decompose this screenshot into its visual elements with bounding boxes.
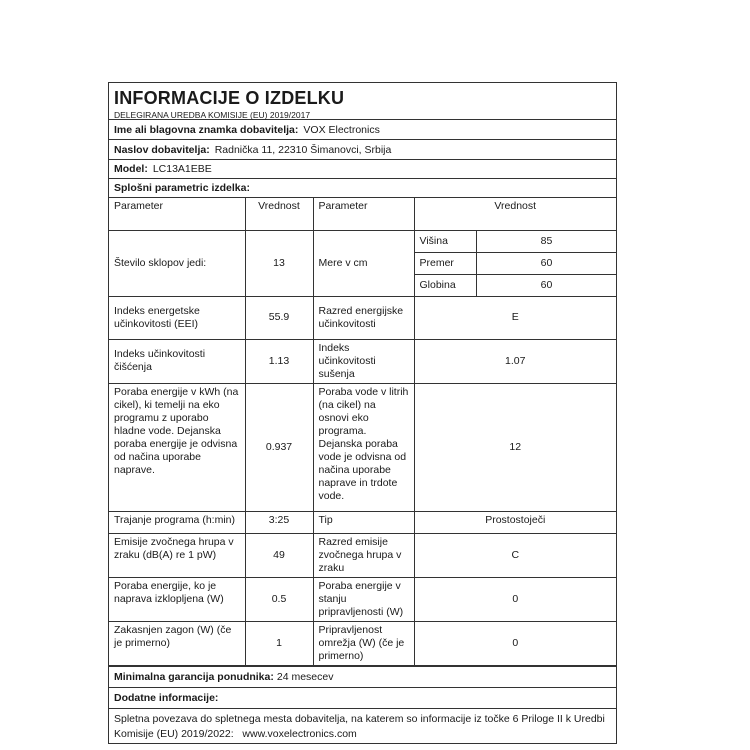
param-off-mode-power: Poraba energije, ko je naprava izkloplje… [109, 577, 245, 621]
table-row: Zakasnjen zagon (W) (če je primerno) 1 P… [109, 621, 616, 665]
product-information-sheet: INFORMACIJE O IZDELKU DELEGIRANA UREDBA … [108, 82, 617, 744]
table-row: Emisije zvočnega hrupa v zraku (dB(A) re… [109, 533, 616, 577]
param-place-settings: Število sklopov jedi: [109, 230, 245, 296]
value-drying-index: 1.07 [414, 339, 616, 383]
value-off-mode-power: 0.5 [245, 577, 313, 621]
value-type: Prostostoječi [414, 511, 616, 533]
header-block: INFORMACIJE O IZDELKU DELEGIRANA UREDBA … [109, 83, 616, 120]
value-noise-emission: 49 [245, 533, 313, 577]
model-value: LC13A1EBE [153, 163, 212, 175]
dimensions-subtable: Višina85 Premer60 Globina60 [415, 231, 617, 296]
value-delay-start: 1 [245, 621, 313, 665]
header-parameter-1: Parameter [109, 198, 245, 230]
param-program-duration: Trajanje programa (h:min) [109, 511, 245, 533]
page-title: INFORMACIJE O IZDELKU [114, 87, 611, 109]
param-network-standby: Pripravljenost omrežja (W) (če je primer… [313, 621, 414, 665]
table-header-row: Parameter Vrednost Parameter Vrednost [109, 198, 616, 230]
dimensions-cell: Višina85 Premer60 Globina60 [414, 230, 616, 296]
params-table: Parameter Vrednost Parameter Vrednost Št… [109, 198, 616, 666]
value-water-consumption: 12 [414, 383, 616, 511]
param-drying-index: Indeks učinkovitosti sušenja [313, 339, 414, 383]
additional-info-row: Dodatne informacije: [109, 688, 616, 709]
param-cleaning-index: Indeks učinkovitosti čišćenja [109, 339, 245, 383]
model-row: Model: LC13A1EBE [109, 160, 616, 179]
params-table-wrap: Parameter Vrednost Parameter Vrednost Št… [109, 198, 616, 667]
param-delay-start: Zakasnjen zagon (W) (če je primerno) [109, 621, 245, 665]
dim-depth-label: Globina [415, 274, 477, 296]
param-eei: Indeks energetske učinkovitosti (EEI) [109, 296, 245, 339]
warranty-value: 24 mesecev [277, 671, 334, 683]
value-eei: 55.9 [245, 296, 313, 339]
dim-width-value: 60 [477, 252, 617, 274]
param-water-consumption: Poraba vode v litrih (na cikel) na osnov… [313, 383, 414, 511]
table-row: Indeks energetske učinkovitosti (EEI) 55… [109, 296, 616, 339]
supplier-link-text: Spletna povezava do spletnega mesta doba… [114, 713, 605, 740]
supplier-address-row: Naslov dobavitelja: Radnička 11, 22310 Š… [109, 140, 616, 160]
table-row: Trajanje programa (h:min) 3:25 Tip Prost… [109, 511, 616, 533]
supplier-address-value: Radnička 11, 22310 Šimanovci, Srbija [215, 144, 392, 156]
param-energy-class: Razred energijske učinkovitosti [313, 296, 414, 339]
param-noise-class: Razred emisije zvočnega hrupa v zraku [313, 533, 414, 577]
value-network-standby: 0 [414, 621, 616, 665]
warranty-row: Minimalna garancija ponudnika: 24 mesece… [109, 667, 616, 688]
value-energy-consumption: 0.937 [245, 383, 313, 511]
additional-info-label: Dodatne informacije: [114, 692, 218, 704]
value-place-settings: 13 [245, 230, 313, 296]
model-label: Model: [114, 163, 148, 175]
header-value-2: Vrednost [414, 198, 616, 230]
general-params-row: Splošni parametric izdelka: [109, 179, 616, 198]
general-params-label: Splošni parametric izdelka: [114, 182, 250, 194]
header-parameter-2: Parameter [313, 198, 414, 230]
supplier-name-label: Ime ali blagovna znamka dobavitelja: [114, 124, 298, 136]
value-standby-power: 0 [414, 577, 616, 621]
param-energy-consumption: Poraba energije v kWh (na cikel), ki tem… [109, 383, 245, 511]
param-noise-emission: Emisije zvočnega hrupa v zraku (dB(A) re… [109, 533, 245, 577]
dim-depth-value: 60 [477, 274, 617, 296]
supplier-name-value: VOX Electronics [303, 124, 379, 136]
value-noise-class: C [414, 533, 616, 577]
header-value-1: Vrednost [245, 198, 313, 230]
value-energy-class: E [414, 296, 616, 339]
supplier-link-row: Spletna povezava do spletnega mesta doba… [109, 709, 616, 743]
supplier-website-link[interactable]: www.voxelectronics.com [242, 728, 356, 740]
param-dimensions: Mere v cm [313, 230, 414, 296]
warranty-label: Minimalna garancija ponudnika: [114, 671, 274, 683]
dim-height-label: Višina [415, 231, 477, 253]
table-row: Poraba energije, ko je naprava izkloplje… [109, 577, 616, 621]
supplier-address-label: Naslov dobavitelja: [114, 144, 210, 156]
param-type: Tip [313, 511, 414, 533]
table-row: Indeks učinkovitosti čišćenja 1.13 Indek… [109, 339, 616, 383]
supplier-name-row: Ime ali blagovna znamka dobavitelja: VOX… [109, 120, 616, 140]
dim-height-value: 85 [477, 231, 617, 253]
value-cleaning-index: 1.13 [245, 339, 313, 383]
dim-width-label: Premer [415, 252, 477, 274]
param-standby-power: Poraba energije v stanju pripravljenosti… [313, 577, 414, 621]
value-program-duration: 3:25 [245, 511, 313, 533]
table-row: Poraba energije v kWh (na cikel), ki tem… [109, 383, 616, 511]
table-row: Število sklopov jedi: 13 Mere v cm Višin… [109, 230, 616, 296]
